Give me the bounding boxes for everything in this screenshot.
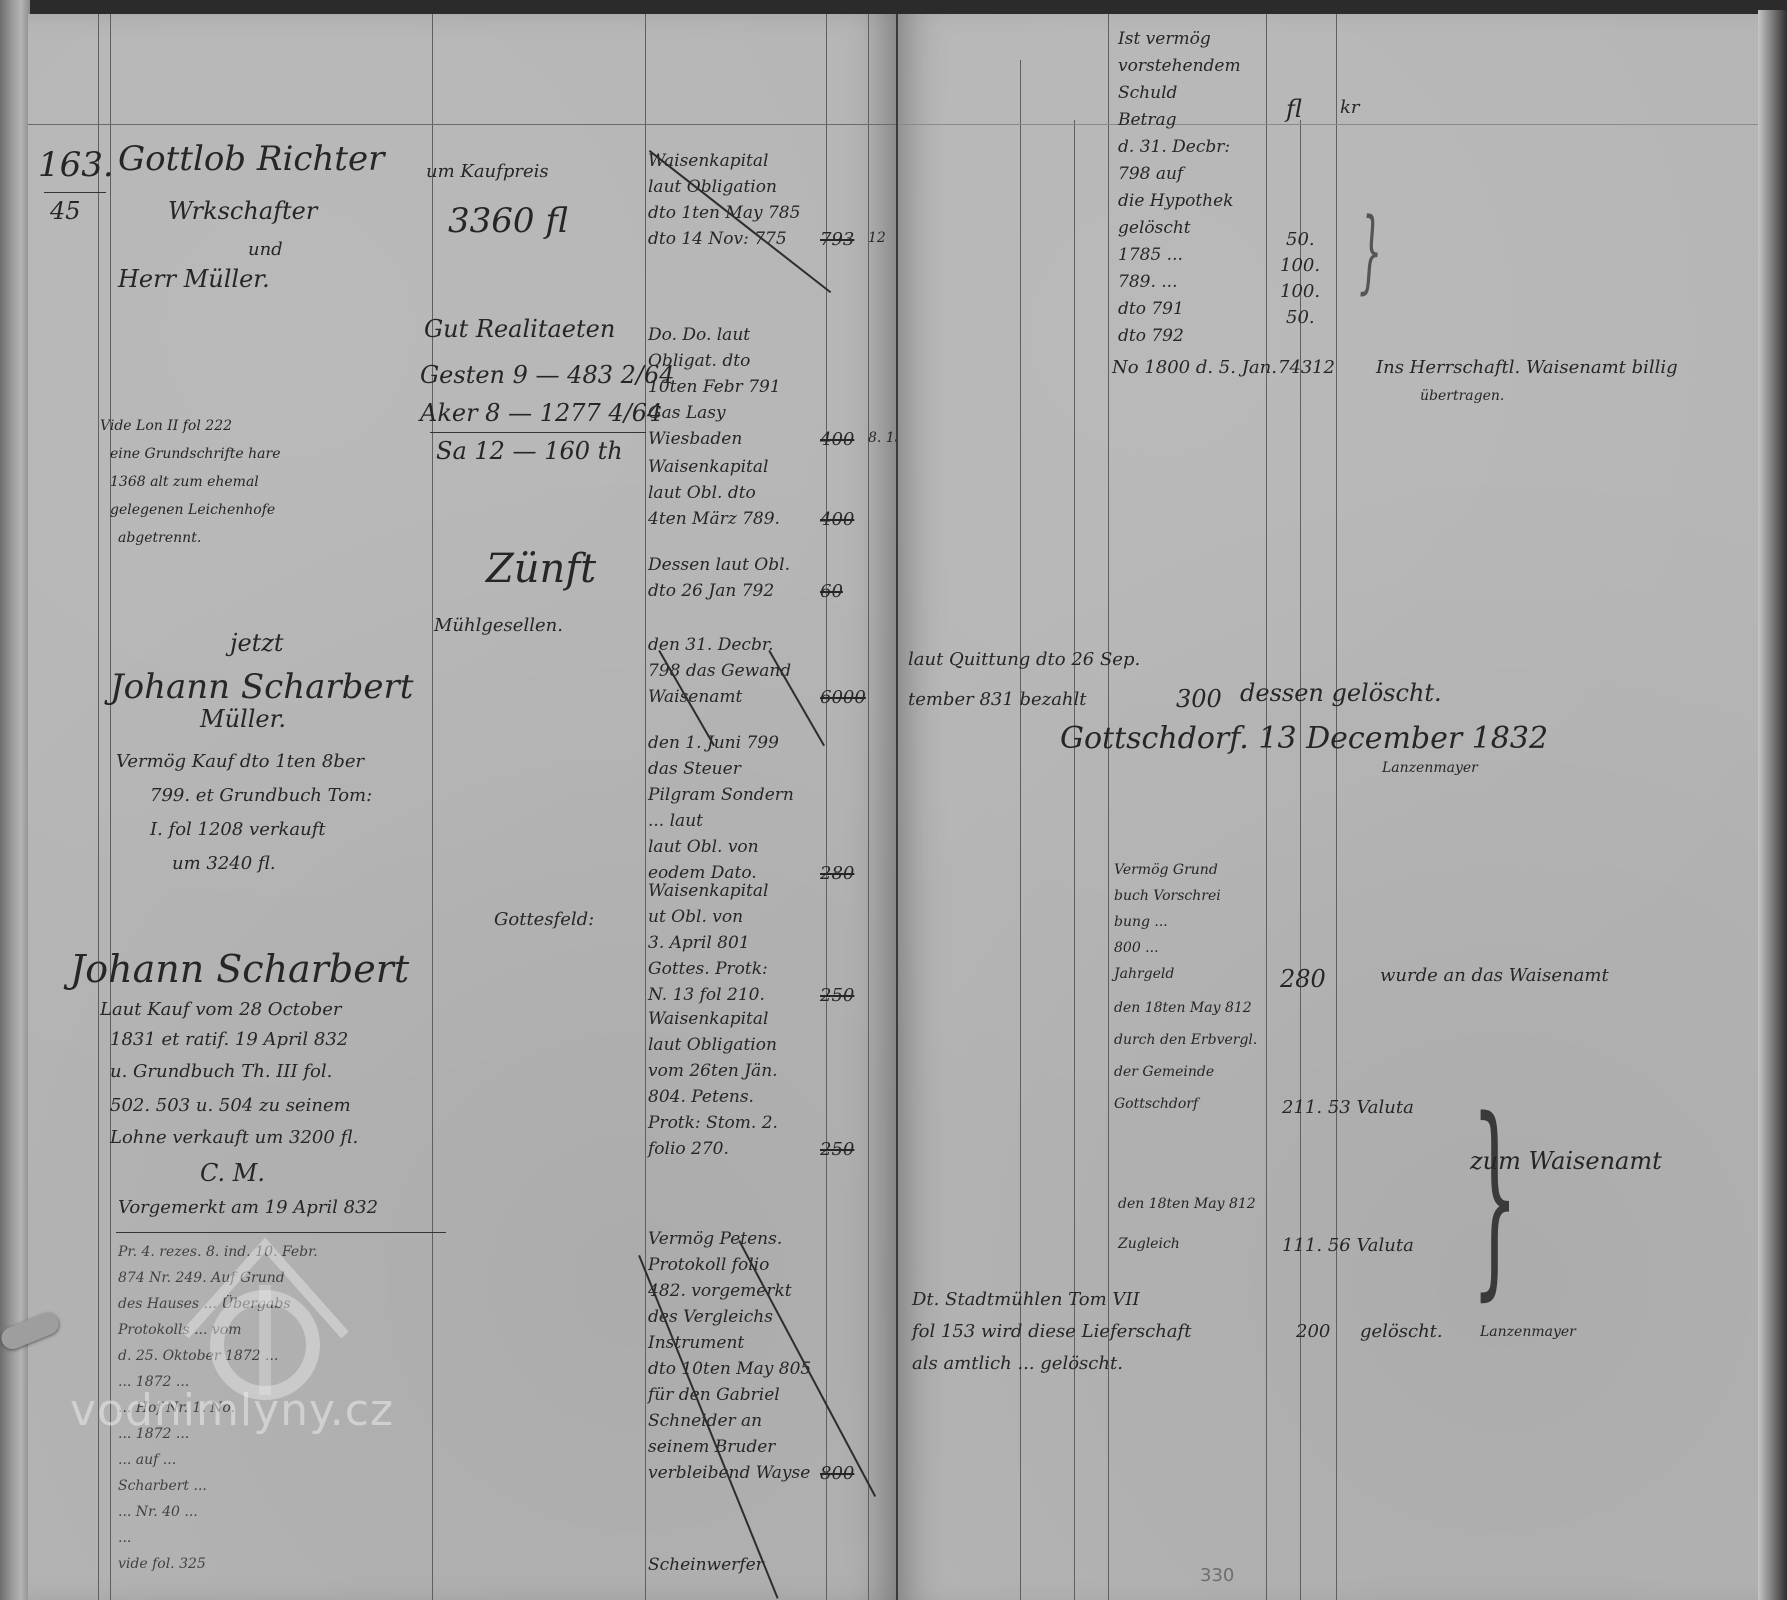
cross-reference-line: 1368 alt zum ehemal [110, 474, 259, 490]
book-edge-right [1758, 10, 1787, 1600]
realities-label: Gesten 9 [420, 361, 528, 389]
owner-occupation: Wrkschafter [168, 198, 317, 226]
quittung-signature: Lanzenmayer [1382, 760, 1478, 776]
debt-entry-amount: 400 [820, 430, 854, 451]
currency-header-florin: fl [1286, 96, 1302, 124]
debt-entry-line: Vermög Petens. [648, 1230, 782, 1250]
header-rule [900, 124, 1758, 125]
new-owner-line: um 3240 fl. [172, 854, 276, 875]
debt-entry-line: Wiesbaden [648, 430, 742, 450]
cross-reference-line: Vide Lon II fol 222 [100, 418, 232, 434]
later-owner-line: u. Grundbuch Th. III fol. [110, 1062, 332, 1083]
realities-row-total: Sa 12 — 160 th [436, 438, 623, 466]
debt-entry-line: Scheinwerfer [648, 1556, 764, 1576]
valuta-fl: 211 [1282, 1097, 1316, 1118]
final-row-fl: 200 [1296, 1322, 1330, 1343]
later-owner-line: 502. 503 u. 504 zu seinem [110, 1096, 351, 1117]
quittung-text: tember 831 bezahlt [908, 690, 1087, 711]
debt-entry-line: Waisenkapital [648, 1010, 768, 1030]
valuta-label: Valuta [1356, 1235, 1413, 1256]
valuta-2-amount: 111. 56 Valuta [1282, 1236, 1414, 1257]
entry-number: 163. [38, 146, 114, 185]
debt-entry-line: Pilgram Sondern [648, 786, 794, 806]
debt-entry-line: Waisenkapital [648, 882, 768, 902]
later-annotation-line: vide fol. 325 [118, 1556, 206, 1572]
gottesfeld-note: Gottesfeld: [494, 910, 594, 931]
header-amount: 50. [1286, 230, 1315, 251]
row-280-text: Jahrgeld [1114, 966, 1174, 982]
column-rule [1266, 14, 1267, 1600]
debt-entry-line: ... laut [648, 812, 703, 832]
scan-border-top [0, 0, 1787, 14]
row-280-text: buch Vorschrei [1114, 888, 1221, 904]
realities-row-gesten: Gesten 9 — 483 2/64 [420, 362, 675, 390]
watermark-text: vodnimlyny.cz [70, 1385, 394, 1436]
purchase-price-label: um Kaufpreis [426, 162, 549, 183]
row-1800-note: Ins Herrschaftl. Waisenamt billig [1376, 358, 1678, 379]
owner-name: Gottlob Richter [118, 140, 384, 179]
header-entry-line: vorstehendem [1118, 57, 1241, 77]
later-owner-line: Laut Kauf vom 28 October [100, 1000, 342, 1021]
cross-reference-line: gelegenen Leichenhofe [110, 502, 275, 518]
debt-entry-amount: 6000 [820, 688, 866, 709]
quittung-text: laut Quittung dto 26 Sep. [908, 650, 1140, 671]
debt-entry-line: seinem Bruder [648, 1438, 775, 1458]
header-entry-line: die Hypothek [1118, 192, 1233, 212]
book-edge-left [0, 0, 30, 1600]
header-amount: 100. [1280, 256, 1320, 277]
debt-entry-kreuzer: 12 [868, 230, 886, 246]
valuta-label: Valuta [1356, 1097, 1413, 1118]
grouping-brace: } [1471, 1092, 1518, 1302]
realities-value: 160 th [544, 437, 623, 465]
row-1800-fl: 743 [1278, 358, 1312, 379]
final-row-note: gelöscht. [1360, 1322, 1443, 1343]
entry-subnumber: 45 [50, 198, 81, 226]
debt-entry-line: N. 13 fol 210. [648, 986, 765, 1006]
debt-entry-line: Instrument [648, 1334, 744, 1354]
final-row-signature: Lanzenmayer [1480, 1324, 1576, 1340]
new-owner-line: I. fol 1208 verkauft [150, 820, 326, 841]
later-annotation-line: ... auf ... [118, 1452, 176, 1468]
debt-entry-line: Waisenkapital [648, 458, 768, 478]
cross-reference-line: abgetrennt. [118, 530, 201, 546]
registrar-initials: C. M. [200, 1160, 265, 1188]
sum-rule [430, 432, 646, 433]
valuta-1-text: Gottschdorf [1114, 1096, 1198, 1112]
quittung-note: dessen gelöscht. [1240, 680, 1442, 708]
later-annotation-line: ... Nr. 40 ... [118, 1504, 198, 1520]
realities-title: Gut Realitaeten [424, 316, 615, 344]
debt-entry-line: dto 10ten May 805 [648, 1360, 811, 1380]
owner-second: Herr Müller. [118, 266, 270, 294]
archive-folio-number: 330 [1200, 1566, 1234, 1587]
debt-entry-line: den 31. Decbr. [648, 636, 774, 656]
row-1800-kr: 12 [1312, 358, 1335, 379]
debt-entry-line: 10ten Febr 791 [648, 378, 781, 398]
column-rule [1074, 120, 1075, 1600]
column-rule [1336, 14, 1337, 1600]
realities-row-aker: Aker 8 — 1277 4/64 [420, 400, 662, 428]
column-rule [645, 14, 646, 1600]
debt-entry-line: Protk: Stom. 2. [648, 1114, 778, 1134]
debt-entry-line: laut Obl. dto [648, 484, 756, 504]
quittung-fl: 300 [1176, 686, 1222, 714]
new-owner-line: Vermög Kauf dto 1ten 8ber [116, 752, 364, 773]
debt-entry-line: Do. Do. laut [648, 326, 750, 346]
purchase-price-value: 3360 fl [448, 202, 568, 241]
header-entry-line: Ist vermög [1118, 30, 1211, 50]
quittung-place-date: Gottschdorf. 13 December 1832 [1060, 722, 1548, 757]
debt-entry-line: dto 26 Jan 792 [648, 582, 774, 602]
debt-entry-line: das Steuer [648, 760, 741, 780]
debt-entry-amount: 60 [820, 582, 843, 603]
final-row-text: Dt. Stadtmühlen Tom VII [912, 1290, 1140, 1311]
later-annotation-line: Scharbert ... [118, 1478, 207, 1494]
row-280-text: 800 ... [1114, 940, 1159, 956]
header-amount: 100. [1280, 282, 1320, 303]
debt-entry-line: Waisenamt [648, 688, 742, 708]
brace-note: zum Waisenamt [1470, 1148, 1662, 1176]
valuta-kr: 53 [1328, 1097, 1351, 1118]
guild-label: Zünft [486, 546, 596, 592]
realities-label: Aker 8 [420, 399, 500, 427]
header-rule [28, 124, 898, 125]
new-owner-line: 799. et Grundbuch Tom: [150, 786, 372, 807]
valuta-kr: 56 [1328, 1235, 1351, 1256]
debt-entry-line: 804. Petens. [648, 1088, 754, 1108]
later-owner-line: 1831 et ratif. 19 April 832 [110, 1030, 348, 1051]
header-entry-line: 798 auf [1118, 165, 1183, 185]
debt-entry-amount: 793 [820, 230, 854, 251]
debt-entry-amount: 250 [820, 986, 854, 1007]
row-1800-note: übertragen. [1420, 388, 1504, 404]
cross-reference-line: eine Grundschrifte hare [110, 446, 280, 462]
column-rule [98, 14, 99, 1600]
debt-entry-line: Gas Lasy [648, 404, 726, 424]
new-owner-title: Müller. [200, 706, 286, 734]
header-entry-line: 1785 ... [1118, 246, 1183, 266]
header-entry-line: Schuld [1118, 84, 1177, 104]
column-rule [868, 14, 869, 1600]
later-owner-name: Johann Scharbert [70, 948, 409, 992]
owner-conjunction: und [248, 240, 283, 261]
debt-entry-amount: 250 [820, 1140, 854, 1161]
new-owner-prefix: jetzt [230, 630, 284, 658]
header-entry-line: 789. ... [1118, 273, 1177, 293]
debt-entry-line: laut Obligation [648, 178, 777, 198]
guild-sublabel: Mühlgesellen. [434, 616, 563, 637]
valuta-fl: 111 [1282, 1235, 1316, 1256]
bracket-mark: } [1359, 200, 1382, 304]
debt-entry-line: Gottes. Protk: [648, 960, 768, 980]
column-rule [1300, 120, 1301, 1600]
debt-entry-line: laut Obligation [648, 1036, 777, 1056]
valuta-1-amount: 211. 53 Valuta [1282, 1098, 1414, 1119]
row-280-text: Vermög Grund [1114, 862, 1218, 878]
valuta-1-text: den 18ten May 812 [1114, 1000, 1252, 1016]
header-entry-line: dto 792 [1118, 327, 1184, 347]
recorded-date-line: Vorgemerkt am 19 April 832 [118, 1198, 378, 1219]
debt-entry-amount: 280 [820, 864, 854, 885]
row-280-note: wurde an das Waisenamt [1380, 966, 1609, 987]
valuta-2-text: Zugleich [1118, 1236, 1180, 1252]
later-annotation-line: ... [118, 1530, 131, 1546]
debt-entry-amount: 800 [820, 1464, 854, 1485]
header-amount: 50. [1286, 308, 1315, 329]
realities-value: 1277 4/64 [540, 399, 663, 427]
debt-entry-line: ut Obl. von [648, 908, 743, 928]
realities-label: Sa 12 [436, 437, 505, 465]
entry-number-underline [44, 192, 106, 193]
header-entry-line: Betrag [1118, 111, 1177, 131]
debt-entry-line: Dessen laut Obl. [648, 556, 790, 576]
valuta-2-text: den 18ten May 812 [1118, 1196, 1256, 1212]
column-rule [826, 14, 827, 1600]
column-rule [432, 14, 433, 1600]
row-280-fl: 280 [1280, 966, 1326, 994]
header-entry-line: gelöscht [1118, 219, 1191, 239]
final-row-text: fol 153 wird diese Lieferschaft [912, 1322, 1191, 1343]
column-rule [110, 14, 111, 1600]
row-1800-text: No 1800 d. 5. Jan. [1112, 358, 1277, 379]
final-row-text: als amtlich ... gelöscht. [912, 1354, 1123, 1375]
debt-entry-line: folio 270. [648, 1140, 729, 1160]
debt-entry-line: 4ten März 789. [648, 510, 780, 530]
debt-entry-line: laut Obl. von [648, 838, 759, 858]
row-280-text: bung ... [1114, 914, 1168, 930]
currency-header-kreuzer: kr [1340, 98, 1360, 119]
header-entry-line: dto 791 [1118, 300, 1184, 320]
debt-entry-line: Obligat. dto [648, 352, 750, 372]
debt-entry-amount: 400 [820, 510, 854, 531]
debt-entry-line: für den Gabriel [648, 1386, 780, 1406]
debt-entry-line: 3. April 801 [648, 934, 750, 954]
header-entry-line: d. 31. Decbr: [1118, 138, 1230, 158]
debt-entry-line: dto 1ten May 785 [648, 204, 800, 224]
valuta-1-text: der Gemeinde [1114, 1064, 1214, 1080]
later-owner-line: Lohne verkauft um 3200 fl. [110, 1128, 358, 1149]
debt-entry-line: vom 26ten Jän. [648, 1062, 778, 1082]
valuta-1-text: durch den Erbvergl. [1114, 1032, 1257, 1048]
new-owner-name: Johann Scharbert [110, 668, 413, 707]
